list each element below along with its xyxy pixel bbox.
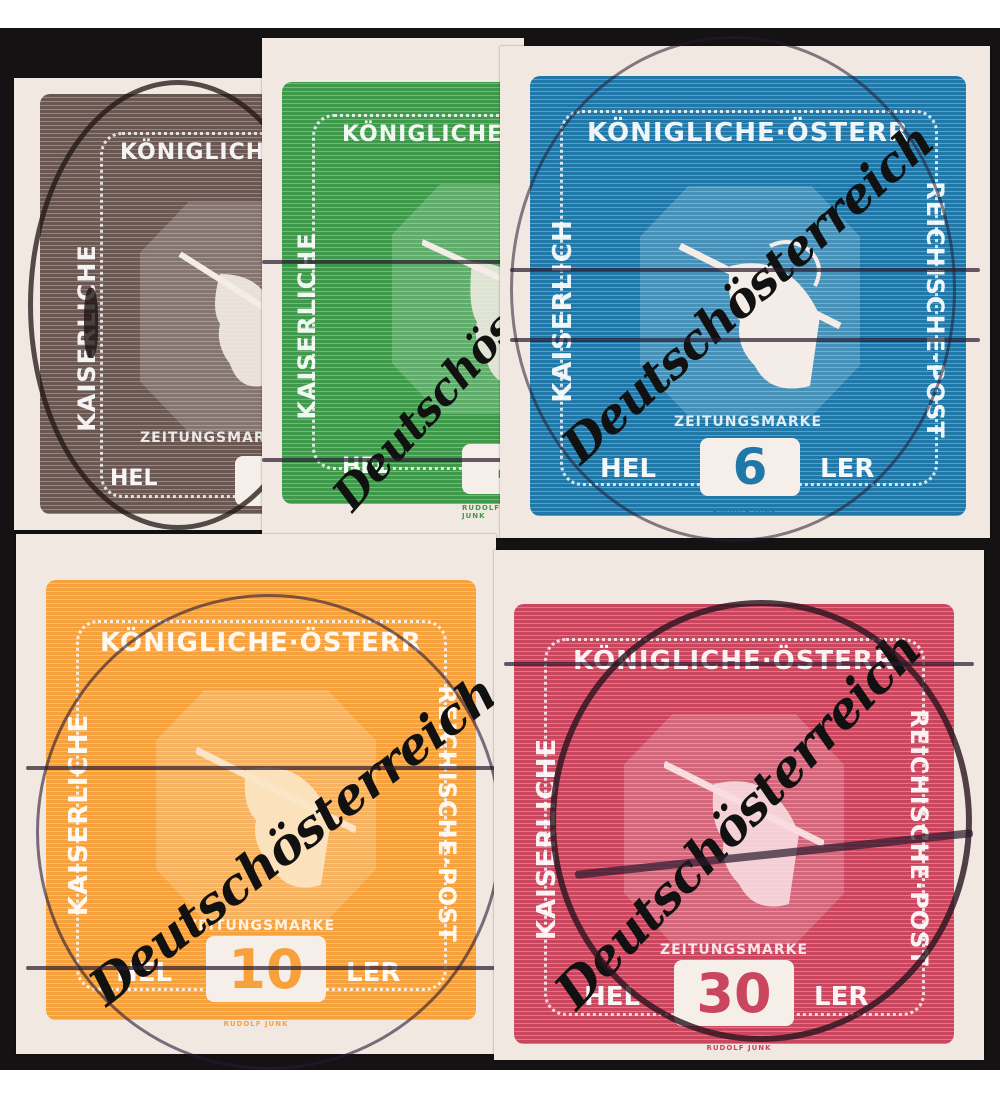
postmark-bar [84, 288, 98, 358]
legend-left: KAISERLICHE [293, 161, 321, 491]
stamp-brown-2: KÖNIGLICHE·ÖSTERR KAISERLICHE ZEITUNGSMA… [14, 78, 264, 530]
postmark-bar [262, 260, 524, 264]
stamp-red-30: KÖNIGLICHE·ÖSTERR KAISERLICHE REICHISCHE… [494, 550, 984, 1060]
postmark-bar [262, 458, 524, 462]
designer-imprint: RUDOLF JUNK [494, 1044, 984, 1052]
stamp-green-4: KÖNIGLICHE·ÖSTERR KAISERLICHE HEL 4 RUDO… [262, 38, 524, 538]
postmark [36, 594, 502, 1070]
postmark-bar [26, 966, 496, 970]
postmark [550, 600, 972, 1042]
stamp-blue-6: KÖNIGLICHE·ÖSTERR KAISERLICH REICHISCHE·… [500, 46, 990, 538]
postmark [510, 36, 956, 542]
postmark-bar [26, 766, 496, 770]
postmark-bar [510, 338, 980, 342]
stamp-orange-10: KÖNIGLICHE·ÖSTERR KAISERLICHE REICHISCHE… [16, 534, 496, 1054]
postmark-bar [504, 662, 974, 666]
postmark-bar [510, 268, 980, 272]
